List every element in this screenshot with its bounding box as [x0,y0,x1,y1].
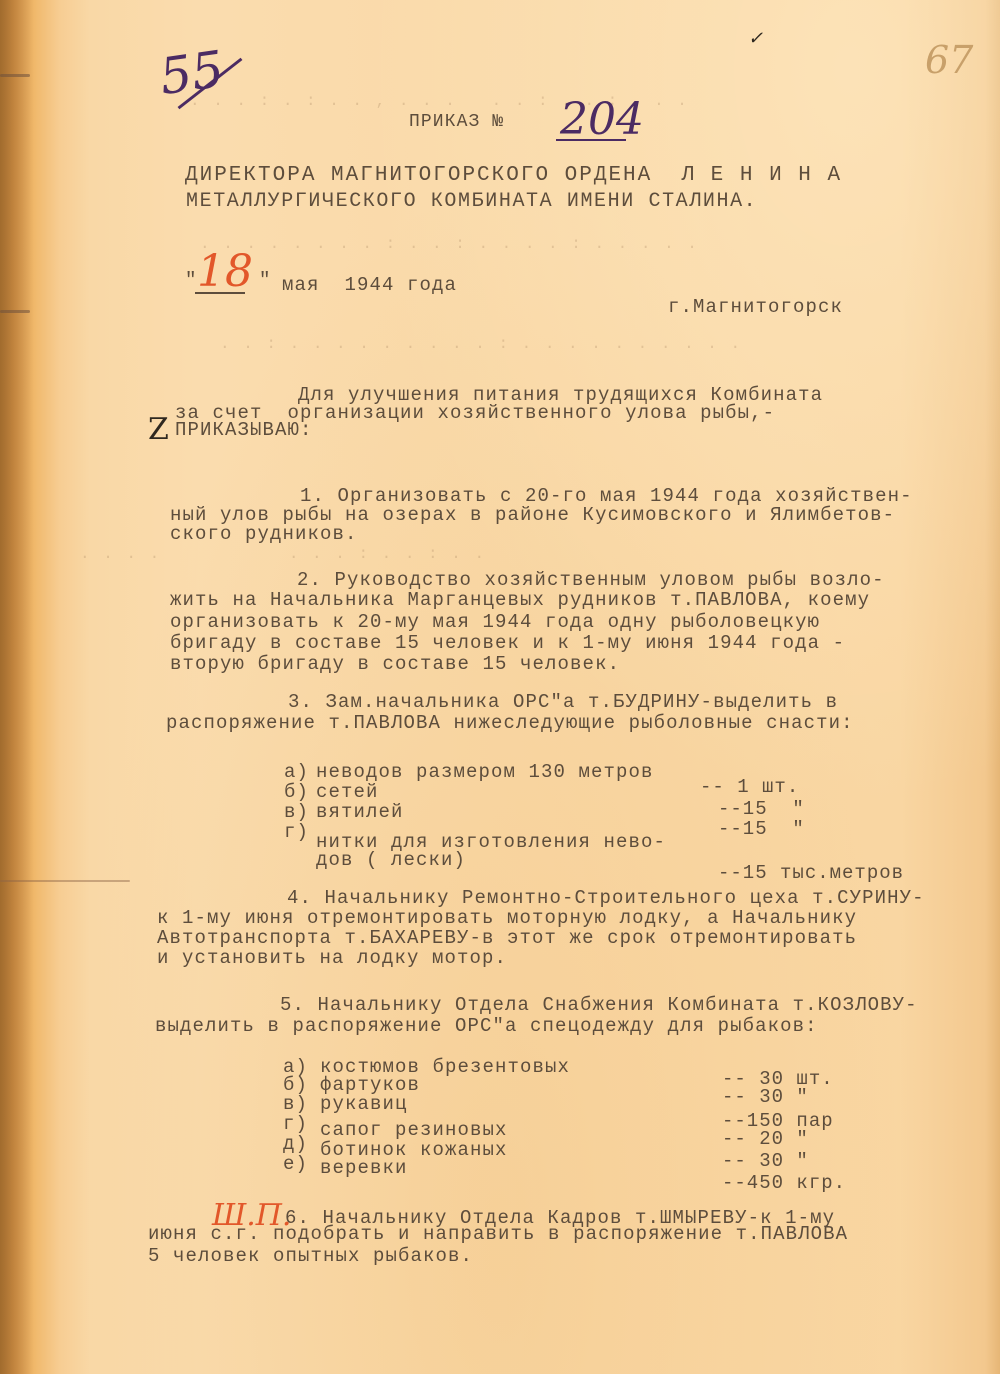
item-3-qty-c: --15 " [718,818,805,840]
item-5-name-b: фартуков [320,1075,420,1095]
item-3-line-2: распоряжение т.ПАВЛОВА нижеследующие рыб… [166,713,854,733]
item-1-line-1: 1. Организовать с 20-го мая 1944 года хо… [300,486,913,506]
header-line-2: МЕТАЛЛУРГИЧЕСКОГО КОМБИНАТА ИМЕНИ СТАЛИН… [186,192,757,212]
preamble-line-3: ПРИКАЗЫВАЮ: [175,420,313,440]
item-3-qty-d: --15 тыс.метров [718,862,904,884]
item-4-line-1: 4. Начальнику Ремонтно-Строительного цех… [287,888,925,908]
item-5-line-2: выделить в распоряжение ОРС"а спецодежду… [155,1016,818,1036]
binding-thread [0,880,130,882]
item-2-line-4: бригаду в составе 15 человек и к 1-му ию… [170,633,845,653]
date-open-quote: " [185,270,198,290]
item-3-name-a: неводов размером 130 метров [316,762,654,782]
binding-thread [0,74,30,77]
item-5-letter-b: б) [283,1075,308,1095]
item-5-letter-c: в) [283,1094,308,1114]
item-3-qty-a: -- 1 шт. [700,776,799,798]
item-3-line-1: 3. Зам.начальника ОРС"а т.БУДРИНУ-выдели… [288,692,838,712]
item-3-letter-b: б) [284,782,309,802]
item-5-qty-d: -- 20 " [722,1128,809,1150]
item-5-letter-d: г) [283,1114,308,1134]
item-3-name-c: вятилей [316,802,404,822]
city: г.Магнитогорск [668,297,843,317]
item-6-line-2: июня с.г. подобрать и направить в распор… [148,1224,848,1244]
item-3-letter-d: г) [284,822,309,842]
item-5-letter-e: д) [283,1134,308,1154]
header-line-1: ДИРЕКТОРА МАГНИТОГОРСКОГО ОРДЕНА Л Е Н И… [185,166,842,186]
item-5-letter-f: е) [283,1154,308,1174]
item-4-line-2: к 1-му июня отремонтировать моторную лод… [157,908,857,928]
item-2-line-2: жить на Начальника Марганцевых рудников … [170,590,870,610]
bleed-through-text: . . : . . . . . . . . . : . . . . . . . … [220,335,742,353]
item-3-name-d-cont: дов ( лески) [316,850,466,870]
item-4-line-3: Автотранспорта т.БАХАРЕВУ-в этот же срок… [157,928,857,948]
date-day-underline [195,292,245,294]
item-5-name-c: рукавиц [320,1094,408,1114]
item-6-line-3: 5 человек опытных рыбаков. [148,1246,473,1266]
bleed-through-text: . . . . . . . . : . . : . . . . : . . . … [200,235,699,253]
document-page: . . . : . : . . , . . . . . : . . : . . … [0,0,1000,1374]
item-2-line-5: вторую бригаду в составе 15 человек. [170,654,620,674]
order-number-underline [556,139,626,141]
item-2-line-3: организовать к 20-му мая 1944 года одну … [170,612,820,632]
item-3-name-b: сетей [316,782,379,802]
archive-page-number: 67 [925,38,973,82]
item-3-letter-a: а) [284,762,309,782]
item-1-line-2: ный улов рыбы на озерах в районе Кусимов… [170,505,895,525]
binding-edge [0,0,34,1374]
item-3-letter-c: в) [284,802,309,822]
stray-mark: ✓ [748,28,763,49]
item-5-name-f: веревки [320,1158,408,1178]
item-3-qty-b: --15 " [718,798,805,820]
item-2-line-1: 2. Руководство хозяйственным уловом рыбы… [297,570,885,590]
item-5-qty-b: -- 30 " [722,1086,809,1108]
item-5-name-d: сапог резиновых [320,1120,508,1140]
margin-mark: Z [148,412,169,447]
item-5-qty-e: -- 30 " [722,1150,809,1172]
item-4-line-4: и установить на лодку мотор. [157,948,507,968]
binding-thread [0,310,30,313]
item-5-line-1: 5. Начальнику Отдела Снабжения Комбината… [280,995,918,1015]
date-day: 18 [197,246,253,297]
item-1-line-3: ского рудников. [170,524,358,544]
order-label: ПРИКАЗ № [409,112,504,132]
date-close-quote: " [259,270,272,290]
order-number: 204 [560,94,644,145]
date-month-year: мая 1944 года [282,275,457,295]
bleed-through-text: . . . . . . . : . . : . . [80,545,486,563]
item-5-qty-f: --450 кгр. [722,1172,846,1194]
